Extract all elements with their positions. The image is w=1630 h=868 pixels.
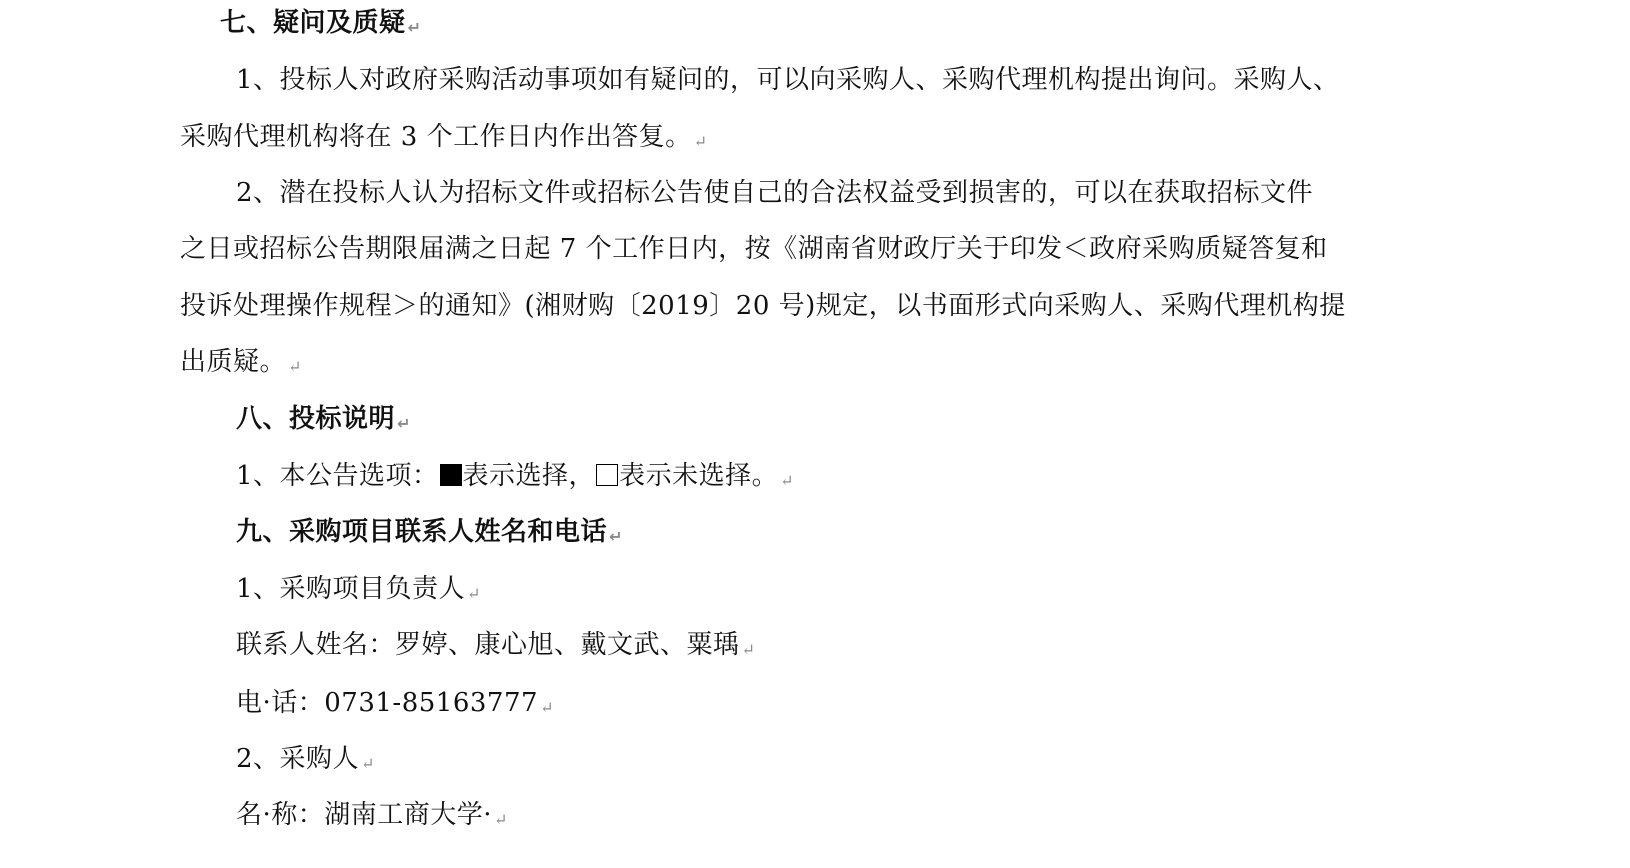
item-inquiry-line-2: 采购代理机构将在 3 个工作日内作出答复。↵ <box>180 120 707 159</box>
phone-number: 0731-85163777 <box>324 688 538 718</box>
item-challenge-line-4: 出质疑。↵ <box>180 345 302 384</box>
contact-label: 联系人姓名： <box>236 630 395 660</box>
checkbox-filled-icon <box>440 464 462 486</box>
item-options-legend: 1、本公告选项：表示选择，表示未选择。↵ <box>236 459 794 498</box>
paragraph-mark-icon: ↵ <box>540 698 554 717</box>
phone-label: 电·话： <box>236 688 324 718</box>
purchaser-name-line: 名·称：湖南工商大学·↵ <box>236 798 508 837</box>
name-label: 名·称： <box>236 800 324 830</box>
paragraph-mark-icon: ↵ <box>742 640 756 659</box>
paragraph-mark-icon: ↵ <box>361 754 375 773</box>
item-challenge-line-1: 2、潜在投标人认为招标文件或招标公告使自己的合法权益受到损害的，可以在获取招标文… <box>236 176 1313 210</box>
item-inquiry-line-1: 1、投标人对政府采购活动事项如有疑问的，可以向采购人、采购代理机构提出询问。采购… <box>236 63 1340 97</box>
item-project-lead-title: 1、采购项目负责人↵ <box>236 572 481 611</box>
paragraph-mark-icon: ↵ <box>494 810 508 829</box>
item-challenge-line-2: 之日或招标公告期限届满之日起 7 个工作日内，按《湖南省财政厅关于印发＜政府采购… <box>180 232 1328 266</box>
contact-phone-line: 电·话：0731-85163777↵ <box>236 686 554 725</box>
heading-text: 七、疑问及质疑 <box>220 8 406 38</box>
contact-names-line: 联系人姓名：罗婷、康心旭、戴文武、粟瑀↵ <box>236 628 755 667</box>
section-heading-questions: 七、疑问及质疑↵ <box>220 6 421 45</box>
checkbox-empty-icon <box>596 464 618 486</box>
paragraph-mark-icon: ↵ <box>408 18 422 37</box>
paragraph-mark-icon: ↵ <box>397 414 411 433</box>
paragraph-mark-icon: ↵ <box>780 471 794 490</box>
item-purchaser-title: 2、采购人↵ <box>236 742 375 781</box>
paragraph-mark-icon: ↵ <box>609 527 623 546</box>
contact-names: 罗婷、康心旭、戴文武、粟瑀 <box>395 630 740 660</box>
section-heading-bid-instructions: 八、投标说明↵ <box>236 402 411 441</box>
paragraph-mark-icon: ↵ <box>288 357 302 376</box>
paragraph-mark-icon: ↵ <box>467 584 481 603</box>
paragraph-mark-icon: ↵ <box>694 132 708 151</box>
purchaser-name: 湖南工商大学· <box>324 800 492 830</box>
document-page: 七、疑问及质疑↵ 1、投标人对政府采购活动事项如有疑问的，可以向采购人、采购代理… <box>0 0 1630 868</box>
section-heading-contacts: 九、采购项目联系人姓名和电话↵ <box>236 515 623 554</box>
item-challenge-line-3: 投诉处理操作规程＞的通知》(湘财购〔2019〕20 号)规定，以书面形式向采购人… <box>180 289 1346 323</box>
